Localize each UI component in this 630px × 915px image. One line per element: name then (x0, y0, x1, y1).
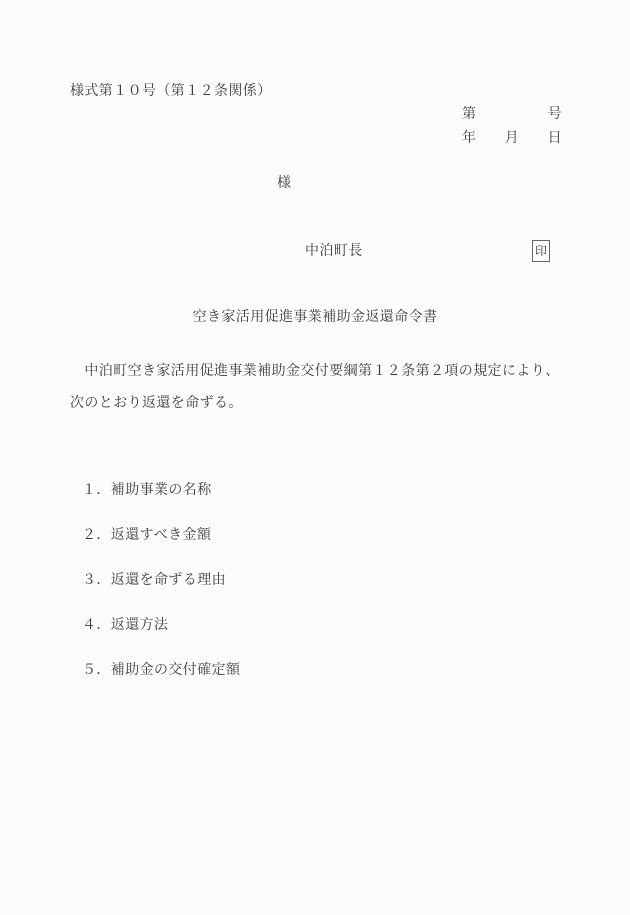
date-year: 年 (462, 131, 476, 146)
body-line-2: 次のとおり返還を命ずる。 (70, 396, 570, 411)
list-item-4: ４．返還方法 (82, 618, 240, 633)
list-item-3: ３．返還を命ずる理由 (82, 573, 240, 588)
body-paragraph: 中泊町空き家活用促進事業補助金交付要綱第１２条第２項の規定により、 次のとおり返… (70, 364, 570, 411)
sender-line: 中泊町長 印 (305, 240, 550, 262)
document-page: 様式第１０号（第１２条関係） 第 号 年 月 日 様 中泊町長 印 空き家活用促… (0, 0, 630, 915)
number-date-block: 第 号 年 月 日 (462, 107, 562, 146)
sender-title: 中泊町長 (305, 244, 363, 259)
seal-mark: 印 (532, 240, 550, 262)
date-month: 月 (505, 131, 519, 146)
number-suffix: 号 (548, 107, 562, 122)
addressee-honorific: 様 (277, 176, 291, 191)
item-list: １．補助事業の名称 ２．返還すべき金額 ３．返還を命ずる理由 ４．返還方法 ５．… (82, 483, 240, 708)
list-item-1: １．補助事業の名称 (82, 483, 240, 498)
number-prefix: 第 (462, 107, 476, 122)
document-title: 空き家活用促進事業補助金返還命令書 (0, 310, 630, 325)
body-line-1: 中泊町空き家活用促進事業補助金交付要綱第１２条第２項の規定により、 (70, 364, 570, 379)
document-number-line: 第 号 (462, 107, 562, 122)
list-item-2: ２．返還すべき金額 (82, 528, 240, 543)
date-day: 日 (548, 131, 562, 146)
form-number: 様式第１０号（第１２条関係） (70, 84, 272, 99)
date-line: 年 月 日 (462, 131, 562, 146)
list-item-5: ５．補助金の交付確定額 (82, 663, 240, 678)
